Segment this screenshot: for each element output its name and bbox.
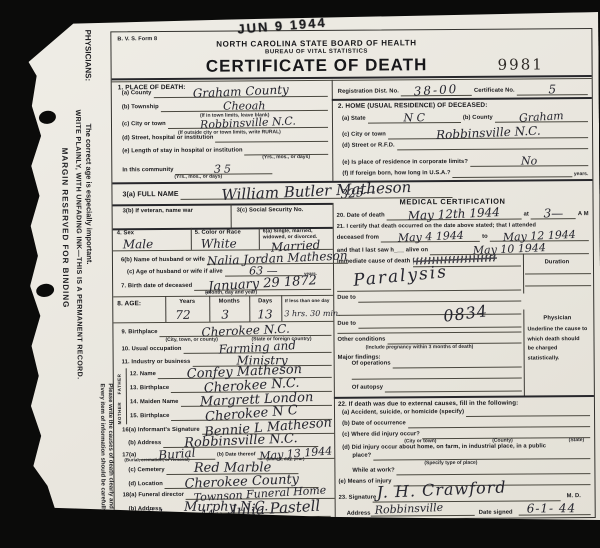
scan-background: MARGIN RESERVED FOR BINDING WRITE PLAINL… — [0, 0, 600, 548]
of-operations-label: Of operations — [352, 360, 391, 368]
form-number: B. V. S. Form 8 — [117, 36, 157, 43]
township-label: (b) Township — [122, 104, 159, 112]
physician-address-label: Address — [347, 511, 371, 518]
last-saw-alive-label: and that I last saw h___ alive on — [337, 248, 428, 256]
race-label: 5. Color or Race — [195, 230, 241, 237]
due-to-label-2: Due to — [337, 321, 356, 329]
margin-note-age-important: The correct age is especially important. — [84, 124, 94, 265]
father-side-label: FATHER — [117, 374, 122, 395]
township-value: Cheoah — [223, 100, 265, 111]
death-at-label: at — [524, 212, 529, 220]
community-unit-note: (Yrs., mos., or days) — [174, 175, 222, 180]
physician-address-value: Robbinsville — [374, 502, 443, 516]
community-label: In this community — [122, 167, 173, 175]
date-signed-value: 6-1- 44 — [527, 502, 577, 514]
board-of-health-title: NORTH CAROLINA STATE BOARD OF HEALTH — [216, 38, 416, 49]
duration-label: Duration — [525, 259, 589, 266]
attended-from-value: May 4 1944 — [397, 230, 463, 244]
date-of-death-label: 20. Date of death — [337, 213, 385, 221]
home-city-value: Robbinsville N.C. — [435, 125, 540, 141]
certificate-number-label: Certificate No. — [474, 88, 515, 96]
punch-hole — [38, 110, 57, 125]
filing-year-value: 44 — [200, 509, 214, 520]
date-of-death-value: May 12th 1944 — [408, 206, 501, 222]
home-state-value: N C — [403, 112, 425, 123]
registration-district-value: 38-00 — [414, 83, 459, 98]
margin-note-physicians: PHYSICIANS: — [83, 30, 92, 82]
informant-signature-label: 16(a) Informant's Signature — [122, 427, 200, 435]
injury-place-label: place? — [352, 453, 371, 461]
registrar-label: Registrar — [285, 518, 305, 523]
age-months-label: Months — [209, 298, 249, 305]
corporate-limits-label: (e) Is place of residence in corporate l… — [342, 159, 468, 168]
margin-note-binding: MARGIN RESERVED FOR BINDING — [60, 148, 70, 309]
occupation-label: 10. Usual occupation — [122, 346, 182, 354]
filed-label: Filed — [153, 519, 164, 524]
physician-signature-label: 23. Signature — [339, 495, 377, 502]
street-institution-label: (d) Street, hospital or institution — [122, 135, 213, 143]
physician-box-title: Physician — [525, 315, 589, 322]
father-birthplace-label: 13. Birthplace — [130, 385, 169, 393]
physician-box-note: Underline the cause to which death shoul… — [527, 325, 587, 364]
filing-year-printed: 19 — [191, 513, 198, 520]
attended-to-label: to — [482, 234, 488, 242]
age-less-than-day-value: 3 hrs. 30 min. — [284, 310, 340, 318]
date-of-occurrence-label: (b) Date of occurrence — [342, 420, 406, 428]
age-less-than-day-label: If less than one day — [282, 298, 332, 304]
age-years-label: Years — [165, 299, 209, 306]
city-label: (c) City or town — [122, 121, 166, 129]
ssn-label: 3(c) Social Security No. — [237, 207, 327, 214]
mother-maiden-name-label: 14. Maiden Name — [130, 399, 179, 407]
age-months-value: 3 — [221, 309, 229, 321]
death-time-value: 3— — [544, 207, 564, 219]
margin-note-every-item: Every item of information should be care… — [99, 383, 106, 540]
immediate-cause-value: Paralysis — [352, 264, 448, 290]
age-days-value: 13 — [257, 308, 272, 320]
certify-statement-line2: deceased from — [337, 235, 379, 243]
sex-label: 4. Sex — [117, 230, 134, 237]
physician-degree-label: M. D. — [567, 493, 581, 500]
father-name-label: 12. Name — [130, 371, 156, 379]
registration-district-label: Registration Dist. No. — [338, 89, 399, 97]
mother-birthplace-label: 15. Birthplace — [130, 413, 169, 421]
home-heading: 2. HOME (USUAL RESIDENCE) OF DECEASED: — [338, 102, 488, 111]
due-to-label-1: Due to — [337, 295, 356, 303]
funeral-director-label: 18(a) Funeral director — [123, 492, 185, 500]
filing-date-value: 6-1 — [147, 508, 165, 519]
other-conditions-note: (Include pregnancy within 3 months of de… — [366, 345, 474, 351]
burial-date-label: (b) Date thereof — [217, 453, 256, 460]
while-at-work-label: While at work? — [352, 467, 394, 475]
margin-note-permanent: WRITE PLAINLY, WITH UNFADING INK—THIS IS… — [74, 110, 83, 380]
spouse-age-label: (c) Age of husband or wife if alive — [127, 269, 223, 277]
filing-item-b-label: (b) — [215, 513, 223, 520]
age-days-label: Days — [249, 298, 281, 305]
certificate-title: CERTIFICATE OF DEATH — [206, 55, 428, 76]
home-street-label: (d) Street or R.F.D. — [342, 142, 395, 150]
certificate-paper: MARGIN RESERVED FOR BINDING WRITE PLAINL… — [26, 12, 600, 524]
age-years-value: 72 — [175, 309, 190, 321]
county-label: (a) County — [122, 90, 152, 98]
home-county-label: (b) County — [463, 115, 493, 123]
foreign-born-label: (f) If foreign born, how long in U.S.A.? — [342, 170, 450, 178]
received-date-stamp: JUN 9 1944 — [237, 15, 327, 37]
certificate-serial-number: 9981 — [498, 55, 544, 73]
of-autopsy-label: Of autopsy — [352, 385, 383, 393]
veteran-war-label: 3(b) If veteran, name war — [123, 208, 223, 215]
corporate-limits-value: No — [521, 155, 537, 166]
accident-suicide-label: (a) Accident, suicide, or homicide (spec… — [342, 409, 464, 418]
physician-signature-value: J. H. Crawford — [376, 479, 507, 500]
death-ampm-label: A M — [578, 211, 589, 219]
injury-home-label: (d) Did injury occur about home, on farm… — [342, 443, 546, 451]
injury-place-note: (Specify type of place) — [424, 461, 477, 466]
spouse-name-value: Nalia Jordan Matheson — [207, 249, 348, 267]
cemetery-label: (c) Cemetery — [128, 467, 164, 475]
injury-state-note: (State) — [569, 438, 585, 443]
home-state-label: (a) State — [342, 116, 366, 124]
external-causes-heading: 22. If death was due to external causes,… — [338, 400, 518, 408]
birthplace-label: 9. Birthplace — [121, 329, 157, 337]
race-value: White — [201, 238, 237, 250]
full-name-label: 3(a) FULL NAME — [122, 191, 178, 200]
other-conditions-label: Other conditions — [337, 337, 385, 345]
birth-date-label: 7. Birth date of deceased — [121, 283, 192, 291]
county-value: Graham County — [192, 84, 288, 100]
length-of-stay-label: (e) Length of stay in hospital or instit… — [122, 147, 242, 155]
spouse-name-label: 6(b) Name of husband or wife — [121, 257, 205, 265]
home-city-label: (c) City or town — [342, 132, 386, 140]
date-signed-label: Date signed — [479, 510, 513, 517]
home-county-value: Graham — [519, 110, 564, 124]
sex-value: Male — [123, 238, 153, 250]
certificate-number-value: 5 — [548, 83, 556, 95]
filing-item-label: 19(a) — [123, 513, 137, 520]
mother-side-label: MOTHER — [117, 402, 122, 425]
age-label: 8. AGE: — [117, 300, 141, 308]
punch-hole — [35, 282, 55, 298]
city-value: Robbinsville N.C. — [200, 115, 296, 130]
foreign-born-unit: years. — [574, 172, 589, 177]
stay-unit-note: (Yrs., mos., or days) — [262, 155, 310, 160]
certificate-form: B. V. S. Form 8 JUN 9 1944 NORTH CAROLIN… — [110, 28, 595, 521]
